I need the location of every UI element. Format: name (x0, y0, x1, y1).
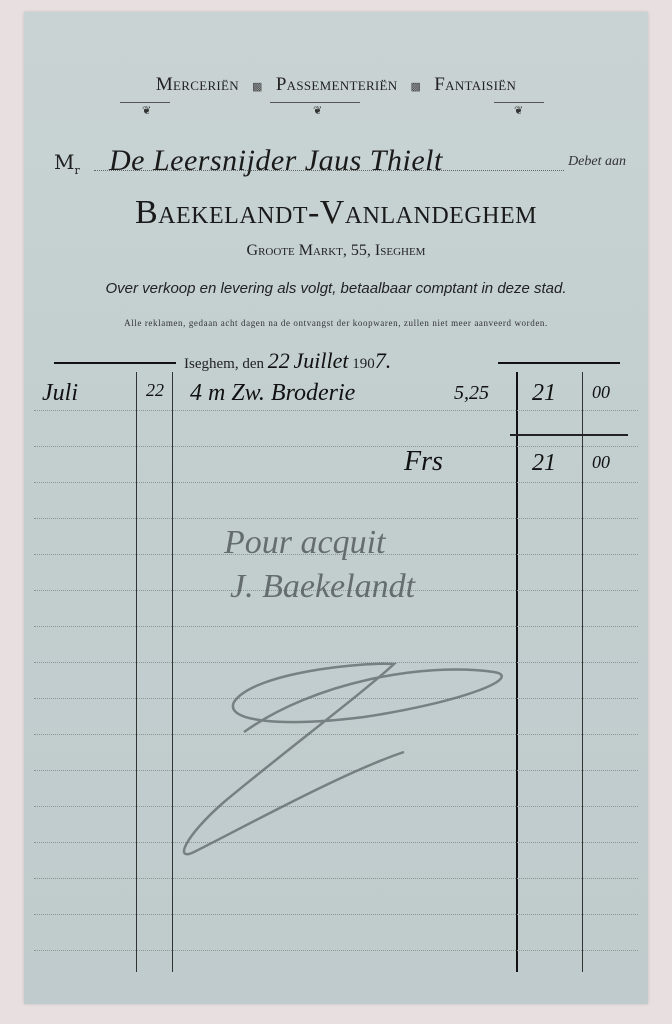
category-mercerien: Merceriën (156, 74, 239, 95)
ornament-rule (270, 102, 360, 103)
item-amount-whole: 21 (532, 380, 556, 407)
payment-terms: Over verkoop en levering als volgt, beta… (24, 280, 648, 297)
item-description: 4 m Zw. Broderie (190, 380, 355, 407)
fleuron-icon: ❦ (313, 104, 322, 117)
firm-address: Groote Markt, 55, Iseghem (24, 242, 648, 260)
letterhead-categories: Merceriën ▩ Passementeriën ▩ Fantaisiën (24, 74, 648, 96)
total-underline (510, 434, 628, 436)
date-month: Juillet (293, 348, 348, 373)
ledger-rule (34, 914, 638, 915)
claims-notice: Alle reklamen, gedaan acht dagen na de o… (24, 318, 648, 328)
invoice-paper: Merceriën ▩ Passementeriën ▩ Fantaisiën … (24, 12, 648, 1004)
firm-name: Baekelandt-Vanlandeghem (24, 194, 648, 232)
ornament-square-icon: ▩ (252, 81, 263, 93)
signature-pour-acquit: Pour acquit (224, 524, 385, 562)
header-rule-right (498, 362, 620, 364)
addressee-line: Mr De Leersnijder Jaus Thielt Debet aan (54, 142, 634, 182)
ornament-square-icon: ▩ (411, 81, 422, 93)
date-line: Iseghem, den 22 Juillet 1907. (184, 348, 391, 374)
total-label: Frs (404, 446, 443, 478)
ledger-rule (34, 950, 638, 951)
column-divider-month (136, 372, 137, 972)
category-fantaisien: Fantaisiën (434, 74, 516, 95)
ledger-rule (34, 410, 638, 411)
date-year-suffix: 7. (375, 348, 392, 373)
fleuron-icon: ❦ (142, 104, 151, 117)
date-day: 22 (268, 348, 290, 373)
date-year-prefix: 190 (352, 356, 375, 372)
item-month: Juli (42, 380, 78, 407)
ledger-rule (34, 518, 638, 519)
item-amount-cents: 00 (592, 382, 610, 403)
addressee-name-handwritten: De Leersnijder Jaus Thielt (109, 144, 443, 178)
fleuron-icon: ❦ (514, 104, 523, 117)
date-place-label: Iseghem, den (184, 356, 264, 372)
item-unit-price: 5,25 (454, 382, 489, 405)
signature-name: J. Baekelandt (230, 568, 415, 606)
ledger-rule (34, 482, 638, 483)
header-rule-left (54, 362, 176, 364)
category-passementerien: Passementeriën (276, 74, 398, 95)
debet-label: Debet aan (568, 154, 626, 170)
ledger-rule (34, 446, 638, 447)
total-amount-cents: 00 (592, 452, 610, 473)
ornament-rule (494, 102, 544, 103)
ornament-rule (120, 102, 170, 103)
item-day: 22 (146, 380, 164, 401)
addressee-prefix: Mr (54, 150, 80, 177)
ledger-rule (34, 626, 638, 627)
signature-flourish (164, 652, 624, 882)
total-amount-whole: 21 (532, 450, 556, 477)
